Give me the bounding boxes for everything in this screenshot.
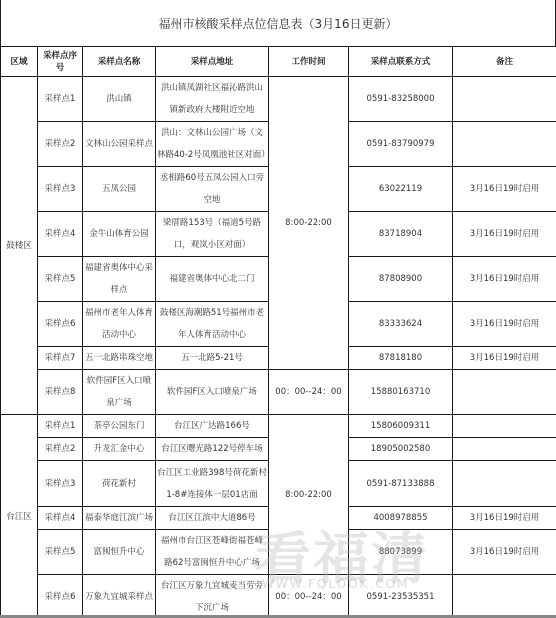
- header-note: 备注: [453, 47, 556, 77]
- header-contact: 采样点联系方式: [349, 47, 453, 77]
- contact-cell: 0591-87133888: [349, 461, 453, 507]
- seq-cell: 采样点2: [38, 438, 83, 461]
- contact-cell: 87818180: [349, 347, 453, 370]
- address-cell: 梁厝路153号（福道5号路口，观岚小区对面）: [156, 212, 269, 257]
- note-cell: [453, 370, 556, 415]
- hours-cell: 8:00-22:00: [269, 415, 349, 575]
- seq-cell: 采样点6: [38, 575, 83, 618]
- note-cell: 3月16日19时启用: [453, 507, 556, 530]
- contact-cell: 18905002580: [349, 438, 453, 461]
- note-cell: 3月16日19时启用: [453, 302, 556, 347]
- contact-cell: 0591-83258000: [349, 77, 453, 122]
- contact-cell: 0591-83790979: [349, 122, 453, 167]
- hours-cell: 00：00--24：00: [269, 370, 349, 415]
- contact-cell: 63022119: [349, 167, 453, 212]
- address-cell: 台江区江滨中大道86号: [156, 507, 269, 530]
- address-cell: 软件园F区入口喷泉广场: [156, 370, 269, 415]
- seq-cell: 采样点3: [38, 461, 83, 507]
- hours-cell: 00：00--24：00: [269, 575, 349, 618]
- hours-cell: 8:00-22:00: [269, 77, 349, 370]
- name-cell: 万象九宜城采样点: [83, 575, 156, 618]
- name-cell: 五凤公园: [83, 167, 156, 212]
- note-cell: [453, 415, 556, 438]
- name-cell: 富闽恒升中心: [83, 530, 156, 575]
- address-cell: 丞相路60号五凤公园入口旁空地: [156, 167, 269, 212]
- contact-cell: 87808900: [349, 257, 453, 302]
- header-name: 采样点名称: [83, 47, 156, 77]
- contact-cell: 15806009311: [349, 415, 453, 438]
- seq-cell: 采样点1: [38, 77, 83, 122]
- table-title: 福州市核酸采样点位信息表（3月16日更新）: [0, 0, 556, 46]
- address-cell: 鼓楼区海潮路51号福州市老年人体育活动中心: [156, 302, 269, 347]
- table-row: 鼓楼区 采样点1 洪山镇 洪山镇凤湖社区福沁路洪山镇新政府大楼附近空地 8:00…: [1, 77, 556, 122]
- contact-cell: 88073899: [349, 530, 453, 575]
- header-row: 区域 采样点序号 采样点名称 采样点地址 工作时间 采样点联系方式 备注: [1, 47, 556, 77]
- note-cell: 3月16日19时启用: [453, 530, 556, 575]
- name-cell: 福建省奥体中心采样点: [83, 257, 156, 302]
- table-row: 采样点8 软件园F区入口喷泉广场 软件园F区入口喷泉广场 00：00--24：0…: [1, 370, 556, 415]
- note-cell: [453, 122, 556, 167]
- address-cell: 台江区万象九宜城麦当劳旁下沉广场: [156, 575, 269, 618]
- seq-cell: 采样点6: [38, 302, 83, 347]
- note-cell: [453, 575, 556, 618]
- note-cell: [453, 77, 556, 122]
- name-cell: 福泰华庭江滨广场: [83, 507, 156, 530]
- contact-cell: 4008978855: [349, 507, 453, 530]
- note-cell: [453, 461, 556, 507]
- seq-cell: 采样点5: [38, 530, 83, 575]
- name-cell: 软件园F区入口喷泉广场: [83, 370, 156, 415]
- address-cell: 福建省奥体中心北二门: [156, 257, 269, 302]
- address-cell: 台江区工业路398号荷花新村1-8#连接体一层01店面: [156, 461, 269, 507]
- seq-cell: 采样点4: [38, 212, 83, 257]
- contact-cell: 83718904: [349, 212, 453, 257]
- table-row: 采样点6 万象九宜城采样点 台江区万象九宜城麦当劳旁下沉广场 00：00--24…: [1, 575, 556, 618]
- name-cell: 茶亭公园东门: [83, 415, 156, 438]
- address-cell: 福州市台江区苍峰街福苍峰路62号富闽恒升中心广场: [156, 530, 269, 575]
- seq-cell: 采样点4: [38, 507, 83, 530]
- note-cell: 3月16日19时启用: [453, 257, 556, 302]
- header-address: 采样点地址: [156, 47, 269, 77]
- seq-cell: 采样点2: [38, 122, 83, 167]
- address-cell: 洪山镇凤湖社区福沁路洪山镇新政府大楼附近空地: [156, 77, 269, 122]
- table-row: 台江区 采样点1 茶亭公园东门 台江区广达路166号 8:00-22:00 15…: [1, 415, 556, 438]
- address-cell: 洪山：文林山公园广场（文林路40-2号凤凰池社区对面）: [156, 122, 269, 167]
- header-seq: 采样点序号: [38, 47, 83, 77]
- note-cell: 3月16日19时启用: [453, 167, 556, 212]
- district-cell: 台江区: [1, 415, 38, 618]
- name-cell: 洪山镇: [83, 77, 156, 122]
- note-cell: 3月16日19时启用: [453, 347, 556, 370]
- name-cell: 荷花新村: [83, 461, 156, 507]
- contact-cell: 83333624: [349, 302, 453, 347]
- seq-cell: 采样点8: [38, 370, 83, 415]
- header-hours: 工作时间: [269, 47, 349, 77]
- note-cell: [453, 438, 556, 461]
- address-cell: 五一北路5-21号: [156, 347, 269, 370]
- seq-cell: 采样点1: [38, 415, 83, 438]
- seq-cell: 采样点7: [38, 347, 83, 370]
- name-cell: 福州市老年人体育活动中心: [83, 302, 156, 347]
- note-cell: 3月16日19时启用: [453, 212, 556, 257]
- name-cell: 金牛山体育公园: [83, 212, 156, 257]
- spreadsheet-page: 福州市核酸采样点位信息表（3月16日更新） 区域 采样点序号 采样点名称 采样点…: [0, 0, 556, 618]
- contact-cell: 15880163710: [349, 370, 453, 415]
- name-cell: 升龙汇金中心: [83, 438, 156, 461]
- seq-cell: 采样点5: [38, 257, 83, 302]
- name-cell: 文林山公园采样点: [83, 122, 156, 167]
- district-cell: 鼓楼区: [1, 77, 38, 415]
- contact-cell: 0591-23535351: [349, 575, 453, 618]
- name-cell: 五一北路串珠空地: [83, 347, 156, 370]
- seq-cell: 采样点3: [38, 167, 83, 212]
- address-cell: 台江区曙光路122号停车场: [156, 438, 269, 461]
- sampling-sites-table: 区域 采样点序号 采样点名称 采样点地址 工作时间 采样点联系方式 备注 鼓楼区…: [0, 46, 556, 618]
- address-cell: 台江区广达路166号: [156, 415, 269, 438]
- header-district: 区域: [1, 47, 38, 77]
